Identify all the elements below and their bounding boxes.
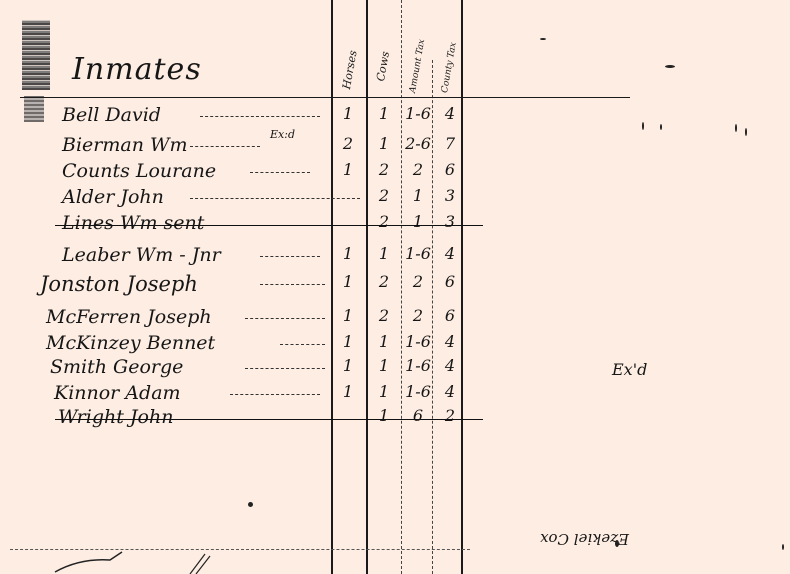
margin-mark-exd: Ex'd — [612, 360, 647, 379]
ledger-page: Inmates Horses Cows Amount Tax County Ta… — [0, 0, 790, 574]
leader-dashes — [245, 318, 325, 319]
cell-horses: 1 — [336, 382, 360, 401]
cell-cows: 2 — [372, 186, 396, 205]
row-name: Leaber Wm - Jnr — [62, 244, 221, 266]
table-row: Bell David 1 1 1-6 4 — [0, 104, 790, 128]
binding-edge — [22, 20, 50, 90]
cell-county-tax: 6 — [440, 306, 460, 325]
table-row: Jonston Joseph 1 2 2 6 — [0, 272, 790, 296]
cell-amount-tax: 6 — [403, 406, 433, 425]
cell-amount-tax: 2 — [403, 306, 433, 325]
cell-amount-tax: 1-6 — [403, 104, 433, 123]
row-name: Bell David — [62, 104, 161, 126]
cell-amount-tax: 1-6 — [403, 356, 433, 375]
cell-county-tax: 4 — [440, 244, 460, 263]
table-row: Leaber Wm - Jnr 1 1 1-6 4 — [0, 244, 790, 268]
cell-horses: 1 — [336, 244, 360, 263]
cell-cows: 2 — [372, 212, 396, 231]
col-header-amount-tax: Amount Tax — [408, 39, 427, 94]
row-name: Jonston Joseph — [40, 272, 198, 296]
cell-amount-tax: 1 — [403, 186, 433, 205]
row-margin-note: Ex:d — [270, 128, 295, 141]
cell-cows: 1 — [372, 356, 396, 375]
ink-blot — [615, 540, 619, 547]
cell-county-tax: 4 — [440, 104, 460, 123]
cell-amount-tax: 1-6 — [403, 244, 433, 263]
table-row: Alder John 2 1 3 — [0, 186, 790, 210]
cell-cows: 1 — [372, 104, 396, 123]
ledger-title: Inmates — [72, 52, 202, 87]
table-row-struck: Lines Wm sent 2 1 3 — [0, 212, 790, 236]
cell-amount-tax: 1 — [403, 212, 433, 231]
leader-dashes — [260, 256, 320, 257]
cell-county-tax: 4 — [440, 356, 460, 375]
cell-horses: 2 — [336, 134, 360, 153]
table-row: McKinzey Bennet 1 1 1-6 4 — [0, 332, 790, 356]
cell-county-tax: 2 — [440, 406, 460, 425]
row-name: McFerren Joseph — [46, 306, 212, 328]
table-row: Bierman Wm Ex:d 2 1 2-6 7 — [0, 134, 790, 158]
ink-blot — [642, 122, 644, 130]
ink-blot — [665, 65, 675, 68]
col-header-county-tax: County Tax — [440, 42, 459, 94]
cell-horses: 1 — [336, 306, 360, 325]
leader-dashes — [190, 146, 260, 147]
ink-blot — [735, 124, 737, 132]
cell-horses: 1 — [336, 332, 360, 351]
header-rule — [20, 97, 630, 98]
ink-blot — [660, 124, 662, 130]
table-row-struck: Wright John 1 6 2 — [0, 406, 790, 430]
col-header-cows: Cows — [374, 50, 392, 82]
ink-blot — [782, 544, 784, 550]
leader-dashes — [190, 198, 360, 199]
row-name: Bierman Wm — [62, 134, 188, 156]
cell-cows: 1 — [372, 244, 396, 263]
cell-horses: 1 — [336, 104, 360, 123]
row-name: Counts Lourane — [62, 160, 216, 182]
row-name: Wright John — [58, 406, 173, 428]
cell-amount-tax: 1-6 — [403, 382, 433, 401]
col-header-horses: Horses — [340, 49, 360, 90]
table-row: McFerren Joseph 1 2 2 6 — [0, 306, 790, 330]
cell-amount-tax: 2 — [403, 160, 433, 179]
table-row: Kinnor Adam 1 1 1-6 4 — [0, 382, 790, 406]
cell-cows: 2 — [372, 306, 396, 325]
leader-dashes — [245, 368, 325, 369]
leader-dashes — [230, 394, 320, 395]
cell-county-tax: 4 — [440, 382, 460, 401]
cell-county-tax: 6 — [440, 160, 460, 179]
row-name: Alder John — [62, 186, 164, 208]
cell-cows: 1 — [372, 382, 396, 401]
table-row: Smith George 1 1 1-6 4 — [0, 356, 790, 380]
table-row: Counts Lourane 1 2 2 6 — [0, 160, 790, 184]
row-name: Kinnor Adam — [54, 382, 181, 404]
ink-blot — [248, 502, 253, 507]
cell-county-tax: 3 — [440, 186, 460, 205]
cell-county-tax: 4 — [440, 332, 460, 351]
bottom-cursive-fragment — [40, 548, 270, 574]
cell-horses: 1 — [336, 356, 360, 375]
ink-blot — [745, 128, 747, 136]
cell-amount-tax: 1-6 — [403, 332, 433, 351]
cell-county-tax: 3 — [440, 212, 460, 231]
cell-amount-tax: 2 — [403, 272, 433, 291]
leader-dashes — [250, 172, 310, 173]
ink-blot — [540, 38, 546, 40]
cell-county-tax: 7 — [440, 134, 460, 153]
leader-dashes — [280, 344, 325, 345]
cell-cows: 1 — [372, 332, 396, 351]
leader-dashes — [200, 116, 320, 117]
cell-amount-tax: 2-6 — [403, 134, 433, 153]
cell-cows: 1 — [372, 406, 396, 425]
leader-dashes — [260, 284, 325, 285]
cell-cows: 2 — [372, 160, 396, 179]
row-name: Smith George — [50, 356, 183, 378]
cell-horses: 1 — [336, 272, 360, 291]
cell-cows: 2 — [372, 272, 396, 291]
cell-cows: 1 — [372, 134, 396, 153]
row-name: Lines Wm sent — [62, 212, 204, 234]
row-name: McKinzey Bennet — [46, 332, 215, 354]
cell-county-tax: 6 — [440, 272, 460, 291]
cell-horses: 1 — [336, 160, 360, 179]
